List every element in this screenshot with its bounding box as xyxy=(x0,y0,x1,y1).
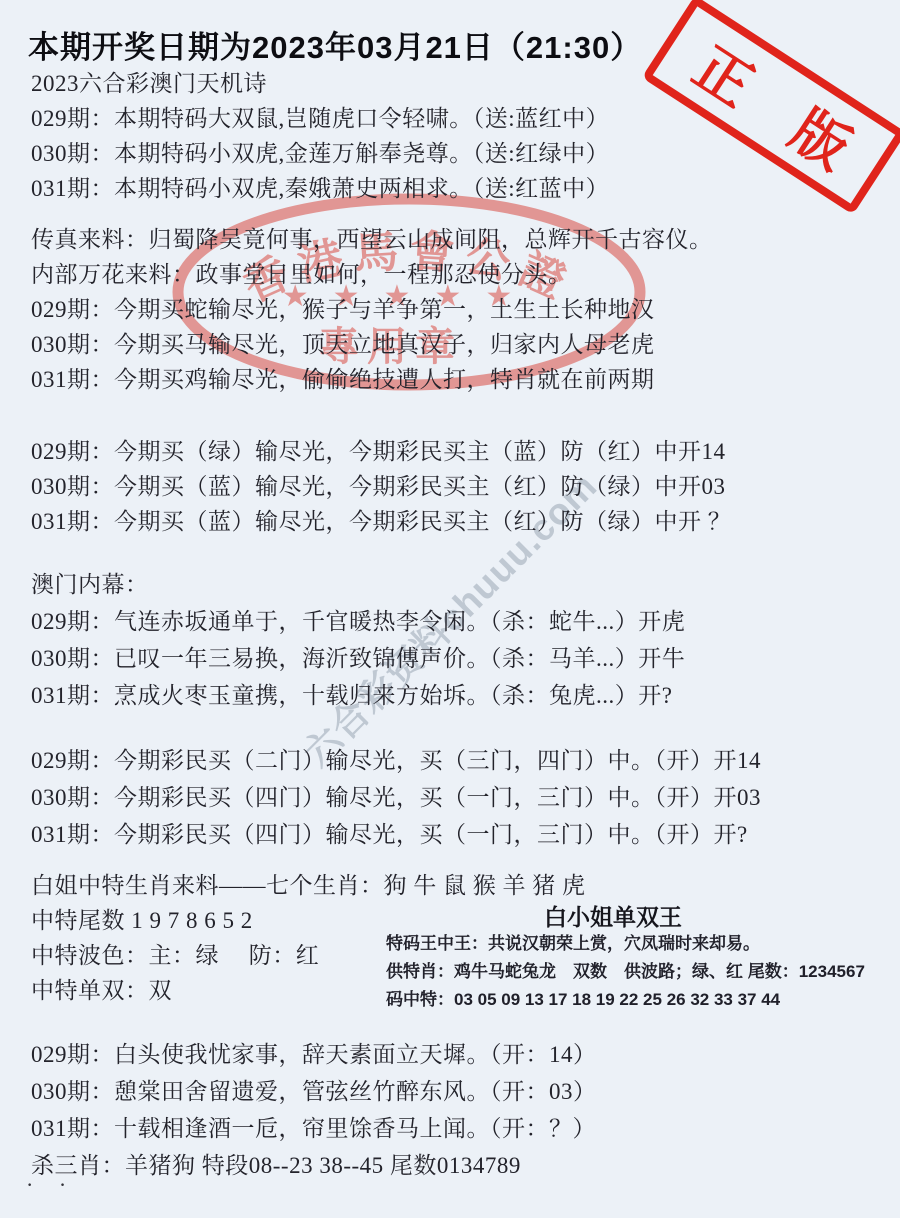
period-line: 030期：今期买（蓝）输尽光，今期彩民买主（红）防（绿）中开03 xyxy=(31,469,731,504)
neimu-heading: 澳门内幕： xyxy=(31,566,685,603)
footer-dots: · · xyxy=(26,1172,76,1198)
period-line: 031期：今期买鸡输尽光，偷偷绝技遭人打，特肖就在前两期 xyxy=(31,362,713,397)
section-baixiaojie: 白小姐单双王 特码王中王：共说汉朝荣上赏，穴凤瑞时来却易。 供特肖：鸡牛马蛇兔龙… xyxy=(378,904,848,1014)
section-secai: 029期：今期买（绿）输尽光，今期彩民买主（蓝）防（红）中开14 030期：今期… xyxy=(31,434,731,539)
sha-sanxiao-line: 杀三肖：羊猪狗 特段08--23 38--45 尾数0134789 xyxy=(31,1147,597,1184)
period-line: 030期：憩棠田舍留遗爱，管弦丝竹醉东风。（开：03） xyxy=(31,1073,597,1110)
period-line: 031期：今期彩民买（四门）输尽光，买（一门，三门）中。（开）开? xyxy=(31,816,761,853)
zodiac-tip-line: 白姐中特生肖来料——七个生肖：狗 牛 鼠 猴 羊 猪 虎 xyxy=(31,868,586,903)
section-lailiao: 传真来料：归蜀降吴竟何事，西望云山成间阻，总辉开千古容仪。 内部万花来料：政事堂… xyxy=(31,222,713,397)
mazhongte-line: 码中特：03 05 09 13 17 18 19 22 25 26 32 33 … xyxy=(378,986,848,1014)
tianjishi-heading: 2023六合彩澳门天机诗 xyxy=(31,66,609,101)
period-line: 029期：今期买蛇输尽光，猴子与羊争第一，土生土长种地汉 xyxy=(31,292,713,327)
section-aomen-neimu: 澳门内幕： 029期：气连赤坂通单于，千官暖热李令闲。（杀：蛇牛...）开虎 0… xyxy=(31,566,685,714)
wangzhongwang-line: 特码王中王：共说汉朝荣上赏，穴凤瑞时来却易。 xyxy=(378,930,848,958)
section-tianjishi: 2023六合彩澳门天机诗 029期：本期特码大双鼠,岂随虎口令轻啸。（送:蓝红中… xyxy=(31,66,609,206)
period-line: 029期：今期彩民买（二门）输尽光，买（三门，四门）中。（开）开14 xyxy=(31,742,761,779)
period-line: 031期：本期特码小双虎,秦娥萧史两相求。（送:红蓝中） xyxy=(31,171,609,206)
fax-tip-line: 传真来料：归蜀降吴竟何事，西望云山成间阻，总辉开千古容仪。 xyxy=(31,222,713,257)
period-line: 031期：十载相逢酒一卮，帘里馀香马上闻。（开：？） xyxy=(31,1110,597,1147)
internal-tip-line: 内部万花来料：政事堂日里如何，一程那忍使分头。 xyxy=(31,257,713,292)
period-line: 029期：气连赤坂通单于，千官暖热李令闲。（杀：蛇牛...）开虎 xyxy=(31,603,685,640)
zhengban-stamp-text: 正 版 xyxy=(662,13,886,197)
section-poems: 029期：白头使我忧家事，辞天素面立天墀。（开：14） 030期：憩棠田舍留遗爱… xyxy=(31,1036,597,1184)
page-title: 本期开奖日期为2023年03月21日（21:30） xyxy=(28,22,642,67)
period-line: 029期：本期特码大双鼠,岂随虎口令轻啸。（送:蓝红中） xyxy=(31,101,609,136)
period-line: 031期：烹成火枣玉童携，十载归来方始坼。（杀：兔虎...）开? xyxy=(31,677,685,714)
period-line: 029期：白头使我忧家事，辞天素面立天墀。（开：14） xyxy=(31,1036,597,1073)
period-line: 030期：今期彩民买（四门）输尽光，买（一门，三门）中。（开）开03 xyxy=(31,779,761,816)
period-line: 029期：今期买（绿）输尽光，今期彩民买主（蓝）防（红）中开14 xyxy=(31,434,731,469)
period-line: 030期：今期买马输尽光，顶天立地真汉子，归家内人母老虎 xyxy=(31,327,713,362)
lottery-tips-sheet: 六合彩资料chuuu.com 香港馬會公證 ★★★★★ 專用章 正 版 本期开奖… xyxy=(0,0,900,1218)
period-line: 030期：已叹一年三易换，海沂致锦傅声价。（杀：马羊...）开牛 xyxy=(31,640,685,677)
period-line: 030期：本期特码小双虎,金莲万斛奉尧尊。（送:红绿中） xyxy=(31,136,609,171)
baixiaojie-title: 白小姐单双王 xyxy=(378,904,848,930)
texiao-line: 供特肖：鸡牛马蛇兔龙 双数 供波路；绿、红 尾数：1234567 xyxy=(378,958,848,986)
section-simen: 029期：今期彩民买（二门）输尽光，买（三门，四门）中。（开）开14 030期：… xyxy=(31,742,761,853)
period-line: 031期：今期买（蓝）输尽光，今期彩民买主（红）防（绿）中开 ？ xyxy=(31,504,731,539)
zhengban-stamp: 正 版 xyxy=(642,0,900,215)
